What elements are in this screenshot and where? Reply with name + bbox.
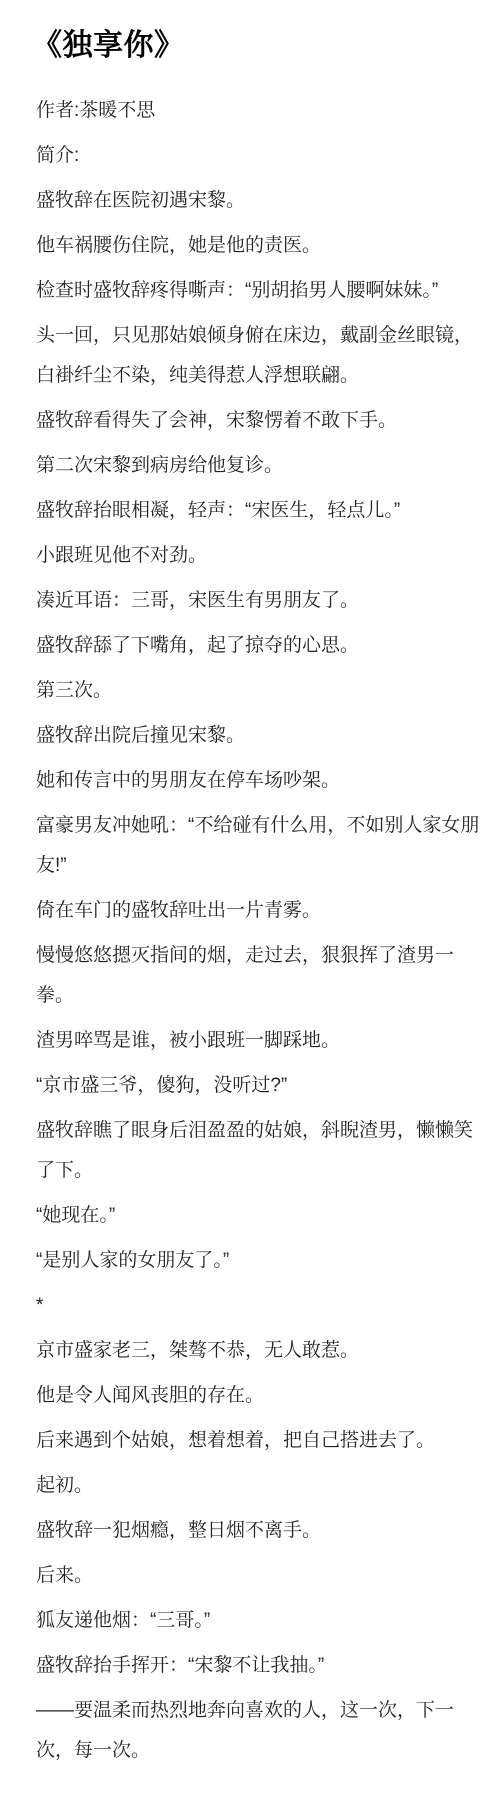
story-paragraph: 起初。	[36, 1466, 480, 1506]
story-paragraph: “京市盛三爷，傻狗，没听过?”	[36, 1066, 480, 1106]
story-paragraph: 小跟班见他不对劲。	[36, 536, 480, 576]
story-paragraph: 盛牧辞出院后撞见宋黎。	[36, 716, 480, 756]
story-paragraph: 后来遇到个姑娘，想着想着，把自己搭进去了。	[36, 1421, 480, 1461]
intro-label: 简介:	[36, 136, 480, 176]
book-title: 《独享你》	[32, 26, 480, 65]
story-paragraph: 盛牧辞瞧了眼身后泪盈盈的姑娘，斜睨渣男，懒懒笑了下。	[36, 1111, 480, 1191]
story-paragraph: 盛牧辞看得失了会神，宋黎愣着不敢下手。	[36, 401, 480, 441]
story-paragraph: 盛牧辞抬手挥开：“宋黎不让我抽。”	[36, 1646, 480, 1686]
story-paragraph: ——要温柔而热烈地奔向喜欢的人，这一次，下一次，每一次。	[36, 1691, 480, 1771]
story-paragraph: 第三次。	[36, 671, 480, 711]
story-paragraph: 富豪男友冲她吼：“不给碰有什么用，不如别人家女朋友!”	[36, 806, 480, 886]
story-paragraph: 检查时盛牧辞疼得嘶声：“别胡掐男人腰啊妹妹。”	[36, 271, 480, 311]
story-paragraph: 盛牧辞抬眼相凝，轻声：“宋医生，轻点儿。”	[36, 491, 480, 531]
story-paragraph: 盛牧辞在医院初遇宋黎。	[36, 181, 480, 221]
story-paragraph: 他车祸腰伤住院，她是他的责医。	[36, 226, 480, 266]
story-paragraph: “她现在。”	[36, 1196, 480, 1236]
novel-intro-page: 《独享你》 作者:茶暖不思 简介: 盛牧辞在医院初遇宋黎。他车祸腰伤住院，她是他…	[0, 0, 500, 1801]
story-paragraphs: 盛牧辞在医院初遇宋黎。他车祸腰伤住院，她是他的责医。检查时盛牧辞疼得嘶声：“别胡…	[36, 181, 480, 1771]
story-paragraph: 第二次宋黎到病房给他复诊。	[36, 446, 480, 486]
story-paragraph: 慢慢悠悠摁灭指间的烟，走过去，狠狠挥了渣男一拳。	[36, 936, 480, 1016]
story-paragraph: “是别人家的女朋友了。”	[36, 1241, 480, 1281]
author-line: 作者:茶暖不思	[36, 91, 480, 131]
story-paragraph: 凑近耳语：三哥，宋医生有男朋友了。	[36, 581, 480, 621]
story-paragraph: 京市盛家老三，桀骜不恭，无人敢惹。	[36, 1331, 480, 1371]
story-paragraph: 头一回，只见那姑娘倾身俯在床边，戴副金丝眼镜，白褂纤尘不染，纯美得惹人浮想联翩。	[36, 316, 480, 396]
story-paragraph: 后来。	[36, 1556, 480, 1596]
story-paragraph: 狐友递他烟：“三哥。”	[36, 1601, 480, 1641]
story-paragraph: 倚在车门的盛牧辞吐出一片青雾。	[36, 891, 480, 931]
story-paragraph: 盛牧辞舔了下嘴角，起了掠夺的心思。	[36, 626, 480, 666]
story-paragraph: 盛牧辞一犯烟瘾，整日烟不离手。	[36, 1511, 480, 1551]
story-paragraph: *	[36, 1286, 480, 1326]
story-paragraph: 她和传言中的男朋友在停车场吵架。	[36, 761, 480, 801]
story-paragraph: 渣男啐骂是谁，被小跟班一脚踩地。	[36, 1021, 480, 1061]
story-paragraph: 他是令人闻风丧胆的存在。	[36, 1376, 480, 1416]
